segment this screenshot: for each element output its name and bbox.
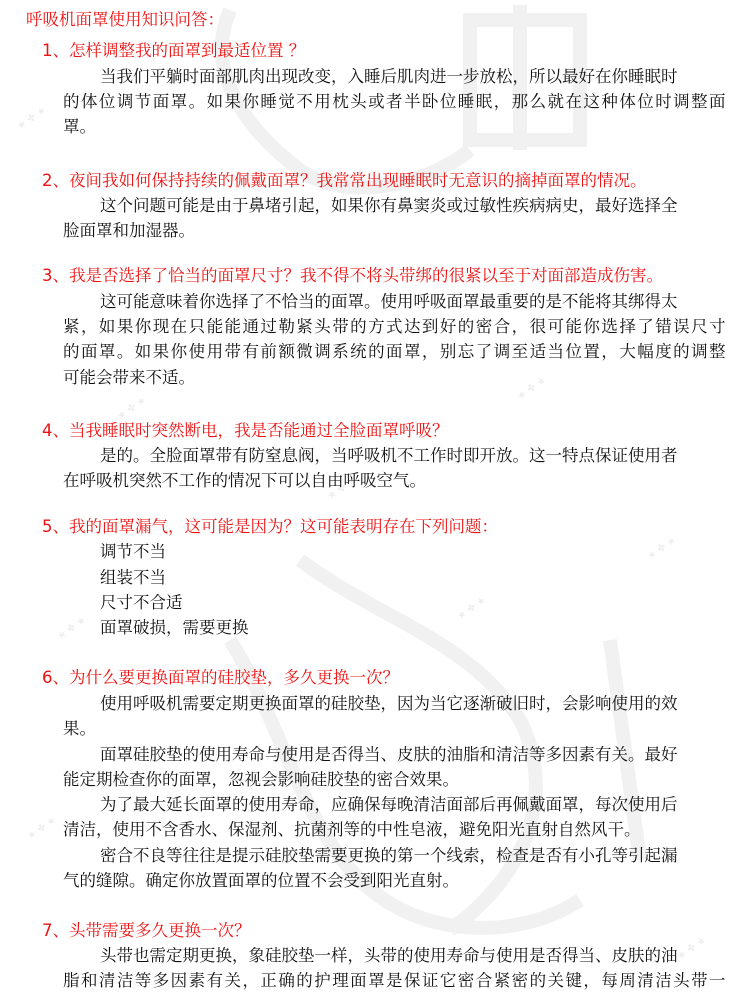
answer-7-line-2: 脂和清洁等多因素有关，正确的护理面罩是保证它密合紧密的关键，每周清洁头带一 [63,970,727,992]
answer-3-line-1: 这可能意味着你选择了不恰当的面罩。使用呼吸面罩最重要的是不能将其绑得太 [100,291,678,313]
answer-6-line-3: 面罩硅胶垫的使用寿命与使用是否得当、皮肤的油脂和清洁等多因素有关。最好 [100,744,678,766]
answer-6-line-6: 清洁，使用不含香水、保湿剂、抗菌剂等的中性皂液，避免阳光直射自然风干。 [63,819,641,841]
svg-text:★ ✤ ★: ★ ✤ ★ [645,535,678,563]
question-4: 4、当我睡眠时突然断电，我是否能通过全脸面罩呼吸？ [42,420,449,442]
question-6: 6、为什么要更换面罩的硅胶垫，多久更换一次？ [42,667,399,689]
answer-6-line-5: 为了最大延长面罩的使用寿命，应确保每晚清洁面部后再佩戴面罩，每次使用后 [100,794,678,816]
question-5: 5、我的面罩漏气，这可能是因为？这可能表明存在下列问题： [42,516,498,538]
question-3: 3、我是否选择了恰当的面罩尺寸？我不得不将头带绑的很紧以至于对面部造成伤害。 [42,265,663,287]
svg-text:★ ✤ ★: ★ ✤ ★ [25,815,58,843]
svg-text:★ ✤ ★: ★ ✤ ★ [115,395,148,423]
svg-text:★ ✤ ★: ★ ✤ ★ [515,375,548,403]
answer-6-line-8: 气的缝隙。确定你放置面罩的位置不会受到阳光直射。 [63,870,459,892]
page-title: 呼吸机面罩使用知识问答： [26,9,224,31]
answer-3-line-3: 的面罩。如果你使用带有前额微调系统的面罩，别忘了调至适当位置，大幅度的调整 [63,341,727,363]
answer-1-line-3: 罩。 [63,116,96,138]
svg-text:★ ✤ ★: ★ ✤ ★ [15,105,48,133]
svg-text:★ ✤ ★: ★ ✤ ★ [675,935,708,963]
answer-6-line-7: 密合不良等往往是提示硅胶垫需要更换的第一个线索，检查是否有小孔等引起漏 [100,845,678,867]
list-item: 调节不当 [100,541,166,563]
answer-1-line-1: 当我们平躺时面部肌肉出现改变，入睡后肌肉进一步放松，所以最好在你睡眠时 [100,66,678,88]
question-1: 1、怎样调整我的面罩到最适位置 ？ [42,40,305,62]
answer-1-line-2: 的体位调节面罩。如果你睡觉不用枕头或者半卧位睡眠，那么就在这种体位时调整面 [63,91,727,113]
answer-6-line-4: 能定期检查你的面罩，忽视会影响硅胶垫的密合效果。 [63,769,459,791]
question-2: 2、夜间我如何保持持续的佩戴面罩？我常常出现睡眠时无意识的摘掉面罩的情况。 [42,170,647,192]
list-item: 尺寸不合适 [100,592,183,614]
question-7: 7、头带需要多久更换一次？ [42,920,251,942]
list-item: 面罩破损，需要更换 [100,617,249,639]
answer-6-line-1: 使用呼吸机需要定期更换面罩的硅胶垫，因为当它逐渐破旧时，会影响使用的效 [100,693,678,715]
answer-4-line-2: 在呼吸机突然不工作的情况下可以自由呼吸空气。 [63,470,426,492]
list-item: 组装不当 [100,567,166,589]
answer-6-line-2: 果。 [63,718,96,740]
answer-3-line-2: 紧，如果你现在只能能通过勒紧头带的方式达到好的密合，很可能你选择了错误尺寸 [63,316,727,338]
answer-7-line-1: 头带也需定期更换，象硅胶垫一样，头带的使用寿命与使用是否得当、皮肤的油 [100,945,678,967]
answer-4-line-1: 是的。全脸面罩带有防窒息阀，当呼吸机不工作时即开放。这一特点保证使用者 [100,445,678,467]
svg-text:★ ✤ ★: ★ ✤ ★ [55,615,88,643]
answer-2-line-1: 这个问题可能是由于鼻堵引起，如果你有鼻窦炎或过敏性疾病病史，最好选择全 [100,195,678,217]
svg-text:★ ✤ ★: ★ ✤ ★ [455,595,488,623]
answer-3-line-4: 可能会带来不适。 [63,367,195,389]
answer-2-line-2: 脸面罩和加湿器。 [63,220,195,242]
